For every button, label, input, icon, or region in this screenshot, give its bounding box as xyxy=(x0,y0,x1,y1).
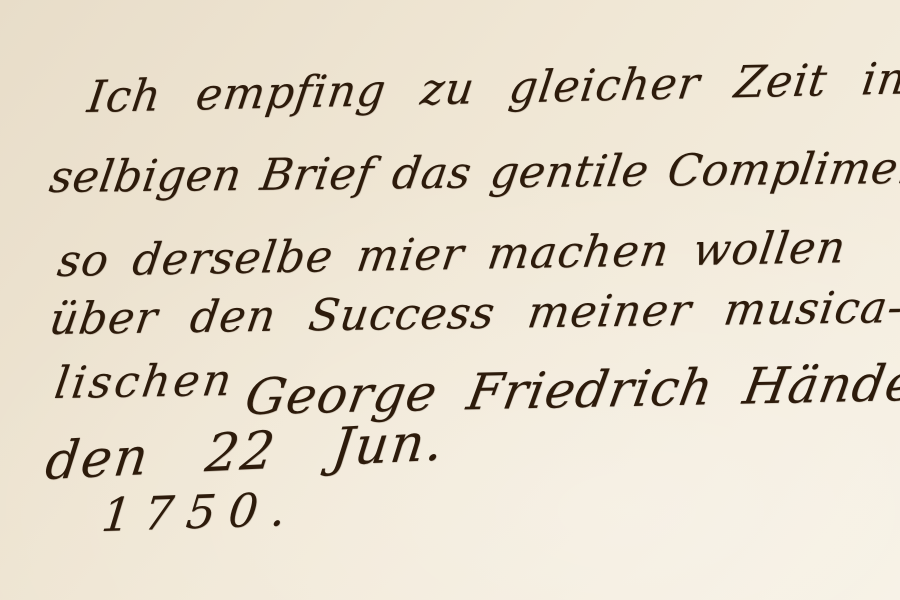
date-line: den 22 Jun. xyxy=(42,412,448,492)
letter-line-2: selbigen Brief das gentile Compliment xyxy=(46,143,900,203)
letter-line-4: über den Success meiner musica- xyxy=(46,282,900,345)
letter-line-5: lischen xyxy=(51,355,237,409)
letter-line-3: so derselbe mier machen wollen xyxy=(54,222,849,287)
signature: George Friedrich Händel xyxy=(241,353,900,426)
year-line: 1750. xyxy=(99,482,301,542)
manuscript-page: Ich empfing zu gleicher Zeit in selbigen… xyxy=(0,0,900,600)
letter-line-1: Ich empfing zu gleicher Zeit in xyxy=(85,53,900,123)
